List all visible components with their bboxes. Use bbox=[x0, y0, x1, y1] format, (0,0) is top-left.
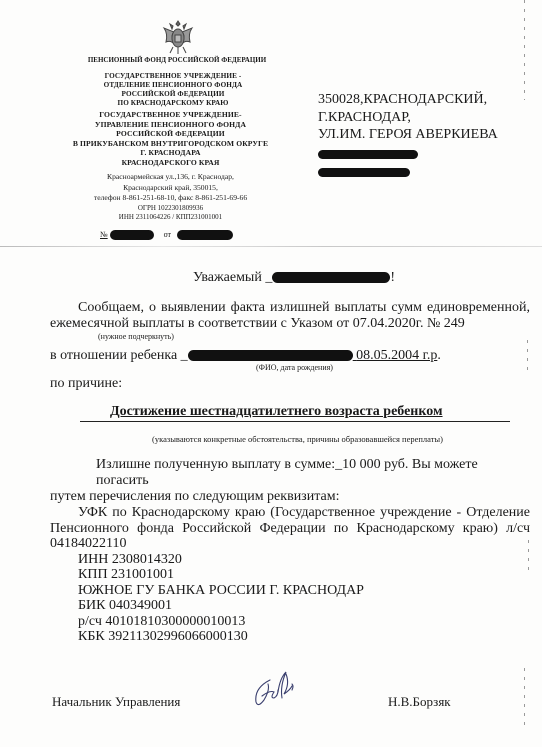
scan-artifact bbox=[524, 668, 525, 728]
contact-ogrn: ОГРН 1022301809936 bbox=[58, 204, 283, 213]
redacted-date bbox=[177, 230, 233, 240]
local-office-line: КРАСНОДАРСКОГО КРАЯ bbox=[58, 158, 283, 168]
account-number: 04184022110 bbox=[50, 536, 530, 552]
hint-note: (нужное подчеркнуть) bbox=[50, 332, 530, 341]
greeting-prefix: Уважаемый _ bbox=[193, 270, 272, 285]
doc-number-line: № от bbox=[100, 230, 233, 240]
recipient-address: 350028,КРАСНОДАРСКИЙ, Г.КРАСНОДАР, УЛ.ИМ… bbox=[318, 91, 498, 182]
reason-value: Достижение шестнадцатилетнего возраста р… bbox=[110, 404, 443, 419]
regional-office-line: РОССИЙСКОЙ ФЕДЕРАЦИИ bbox=[78, 90, 268, 99]
regional-office-block: ГОСУДАРСТВЕННОЕ УЧРЕЖДЕНИЕ - ОТДЕЛЕНИЕ П… bbox=[78, 72, 268, 108]
greeting-suffix: ! bbox=[390, 270, 395, 285]
bank-name: ЮЖНОЕ ГУ БАНКА РОССИИ Г. КРАСНОДАР bbox=[50, 583, 530, 599]
address-line: Г.КРАСНОДАР, bbox=[318, 109, 498, 127]
child-line: в отношении ребенка _ 08.05.2004 г.р. bbox=[50, 348, 441, 364]
address-line: 350028,КРАСНОДАРСКИЙ, bbox=[318, 91, 498, 109]
overpayment-paragraph: Излишне полученную выплату в сумме:_10 0… bbox=[50, 457, 530, 505]
overpayment-line: Излишне полученную выплату в сумме:_10 0… bbox=[50, 457, 530, 489]
paragraph-line: Сообщаем, о выявлении факта излишней вып… bbox=[50, 300, 530, 316]
contacts-block: Красноармейская ул.,136, г. Краснодар, К… bbox=[58, 172, 283, 222]
signer-name: Н.В.Борзяк bbox=[388, 694, 451, 710]
payee-line: Пенсионного фонда Российской Федерации п… bbox=[50, 521, 530, 537]
local-office-line: В ПРИКУБАНСКОМ ВНУТРИГОРОДСКОМ ОКРУГЕ bbox=[58, 139, 283, 149]
signature-icon bbox=[248, 670, 308, 717]
local-office-line: УПРАВЛЕНИЕ ПЕНСИОННОГО ФОНДА bbox=[58, 120, 283, 130]
reason-label: по причине: bbox=[50, 376, 122, 392]
paragraph-line: ежемесячной выплаты в соответствии с Ука… bbox=[50, 316, 530, 332]
child-underlined: 08.05.2004 г.р bbox=[188, 348, 438, 363]
settlement-account: р/сч 40101810300000010013 bbox=[50, 614, 530, 630]
regional-office-line: ГОСУДАРСТВЕННОЕ УЧРЕЖДЕНИЕ - bbox=[78, 72, 268, 81]
regional-office-line: ПО КРАСНОДАРСКОМУ КРАЮ bbox=[78, 99, 268, 108]
inn: ИНН 2308014320 bbox=[50, 552, 530, 568]
contact-inn: ИНН 2311064226 / КПП231001001 bbox=[58, 213, 283, 222]
local-office-line: ГОСУДАРСТВЕННОЕ УЧРЕЖДЕНИЕ- bbox=[58, 110, 283, 120]
scan-artifact bbox=[524, 0, 525, 100]
period: . bbox=[437, 348, 441, 363]
bik: БИК 040349001 bbox=[50, 598, 530, 614]
greeting: Уважаемый _! bbox=[193, 270, 395, 286]
number-label: № bbox=[100, 230, 108, 239]
overpayment-line: путем перечисления по следующим реквизит… bbox=[50, 489, 530, 505]
redacted-address-line bbox=[318, 168, 410, 177]
redacted-child-name bbox=[188, 350, 353, 361]
payee-line: УФК по Краснодарскому краю (Государствен… bbox=[50, 505, 530, 521]
coat-of-arms-icon bbox=[160, 18, 196, 56]
overpayment-amount: 10 000 руб. bbox=[342, 457, 408, 472]
address-line: УЛ.ИМ. ГЕРОЯ АВЕРКИЕВА bbox=[318, 126, 498, 144]
overpayment-prefix: Излишне полученную выплату в сумме:_ bbox=[96, 457, 342, 472]
local-office-line: РОССИЙСКОЙ ФЕДЕРАЦИИ bbox=[58, 129, 283, 139]
redacted-address-line bbox=[318, 150, 418, 159]
kbk: КБК 39211302996066000130 bbox=[50, 629, 530, 645]
contact-address: Красноармейская ул.,136, г. Краснодар, bbox=[58, 172, 283, 183]
local-office-block: ГОСУДАРСТВЕННОЕ УЧРЕЖДЕНИЕ- УПРАВЛЕНИЕ П… bbox=[58, 110, 283, 168]
child-hint-note: (ФИО, дата рождения) bbox=[256, 363, 333, 372]
kpp: КПП 231001001 bbox=[50, 567, 530, 583]
child-label: в отношении ребенка _ bbox=[50, 348, 188, 363]
reason-hint-note: (указываются конкретные обстоятельства, … bbox=[152, 434, 443, 444]
redacted-number bbox=[110, 230, 154, 240]
paragraph-notification: Сообщаем, о выявлении факта излишней вып… bbox=[50, 300, 530, 341]
contact-phone: телефон 8-861-251-68-10, факс 8-861-251-… bbox=[58, 193, 283, 204]
regional-office-line: ОТДЕЛЕНИЕ ПЕНСИОННОГО ФОНДА bbox=[78, 81, 268, 90]
reason-text: Достижение шестнадцатилетнего возраста р… bbox=[80, 404, 510, 422]
requisites-block: УФК по Краснодарскому краю (Государствен… bbox=[50, 505, 530, 645]
scan-artifact bbox=[527, 340, 528, 370]
redacted-name bbox=[272, 272, 390, 283]
signer-title: Начальник Управления bbox=[52, 694, 180, 710]
child-birthdate: 08.05.2004 г.р bbox=[356, 348, 437, 363]
date-label: от bbox=[164, 230, 171, 239]
scan-artifact bbox=[528, 540, 529, 570]
contact-region: Краснодарский край, 350015, bbox=[58, 183, 283, 194]
local-office-line: Г. КРАСНОДАРА bbox=[58, 148, 283, 158]
fold-line bbox=[0, 246, 542, 247]
fund-name: ПЕНСИОННЫЙ ФОНД РОССИЙСКОЙ ФЕДЕРАЦИИ bbox=[72, 56, 282, 64]
